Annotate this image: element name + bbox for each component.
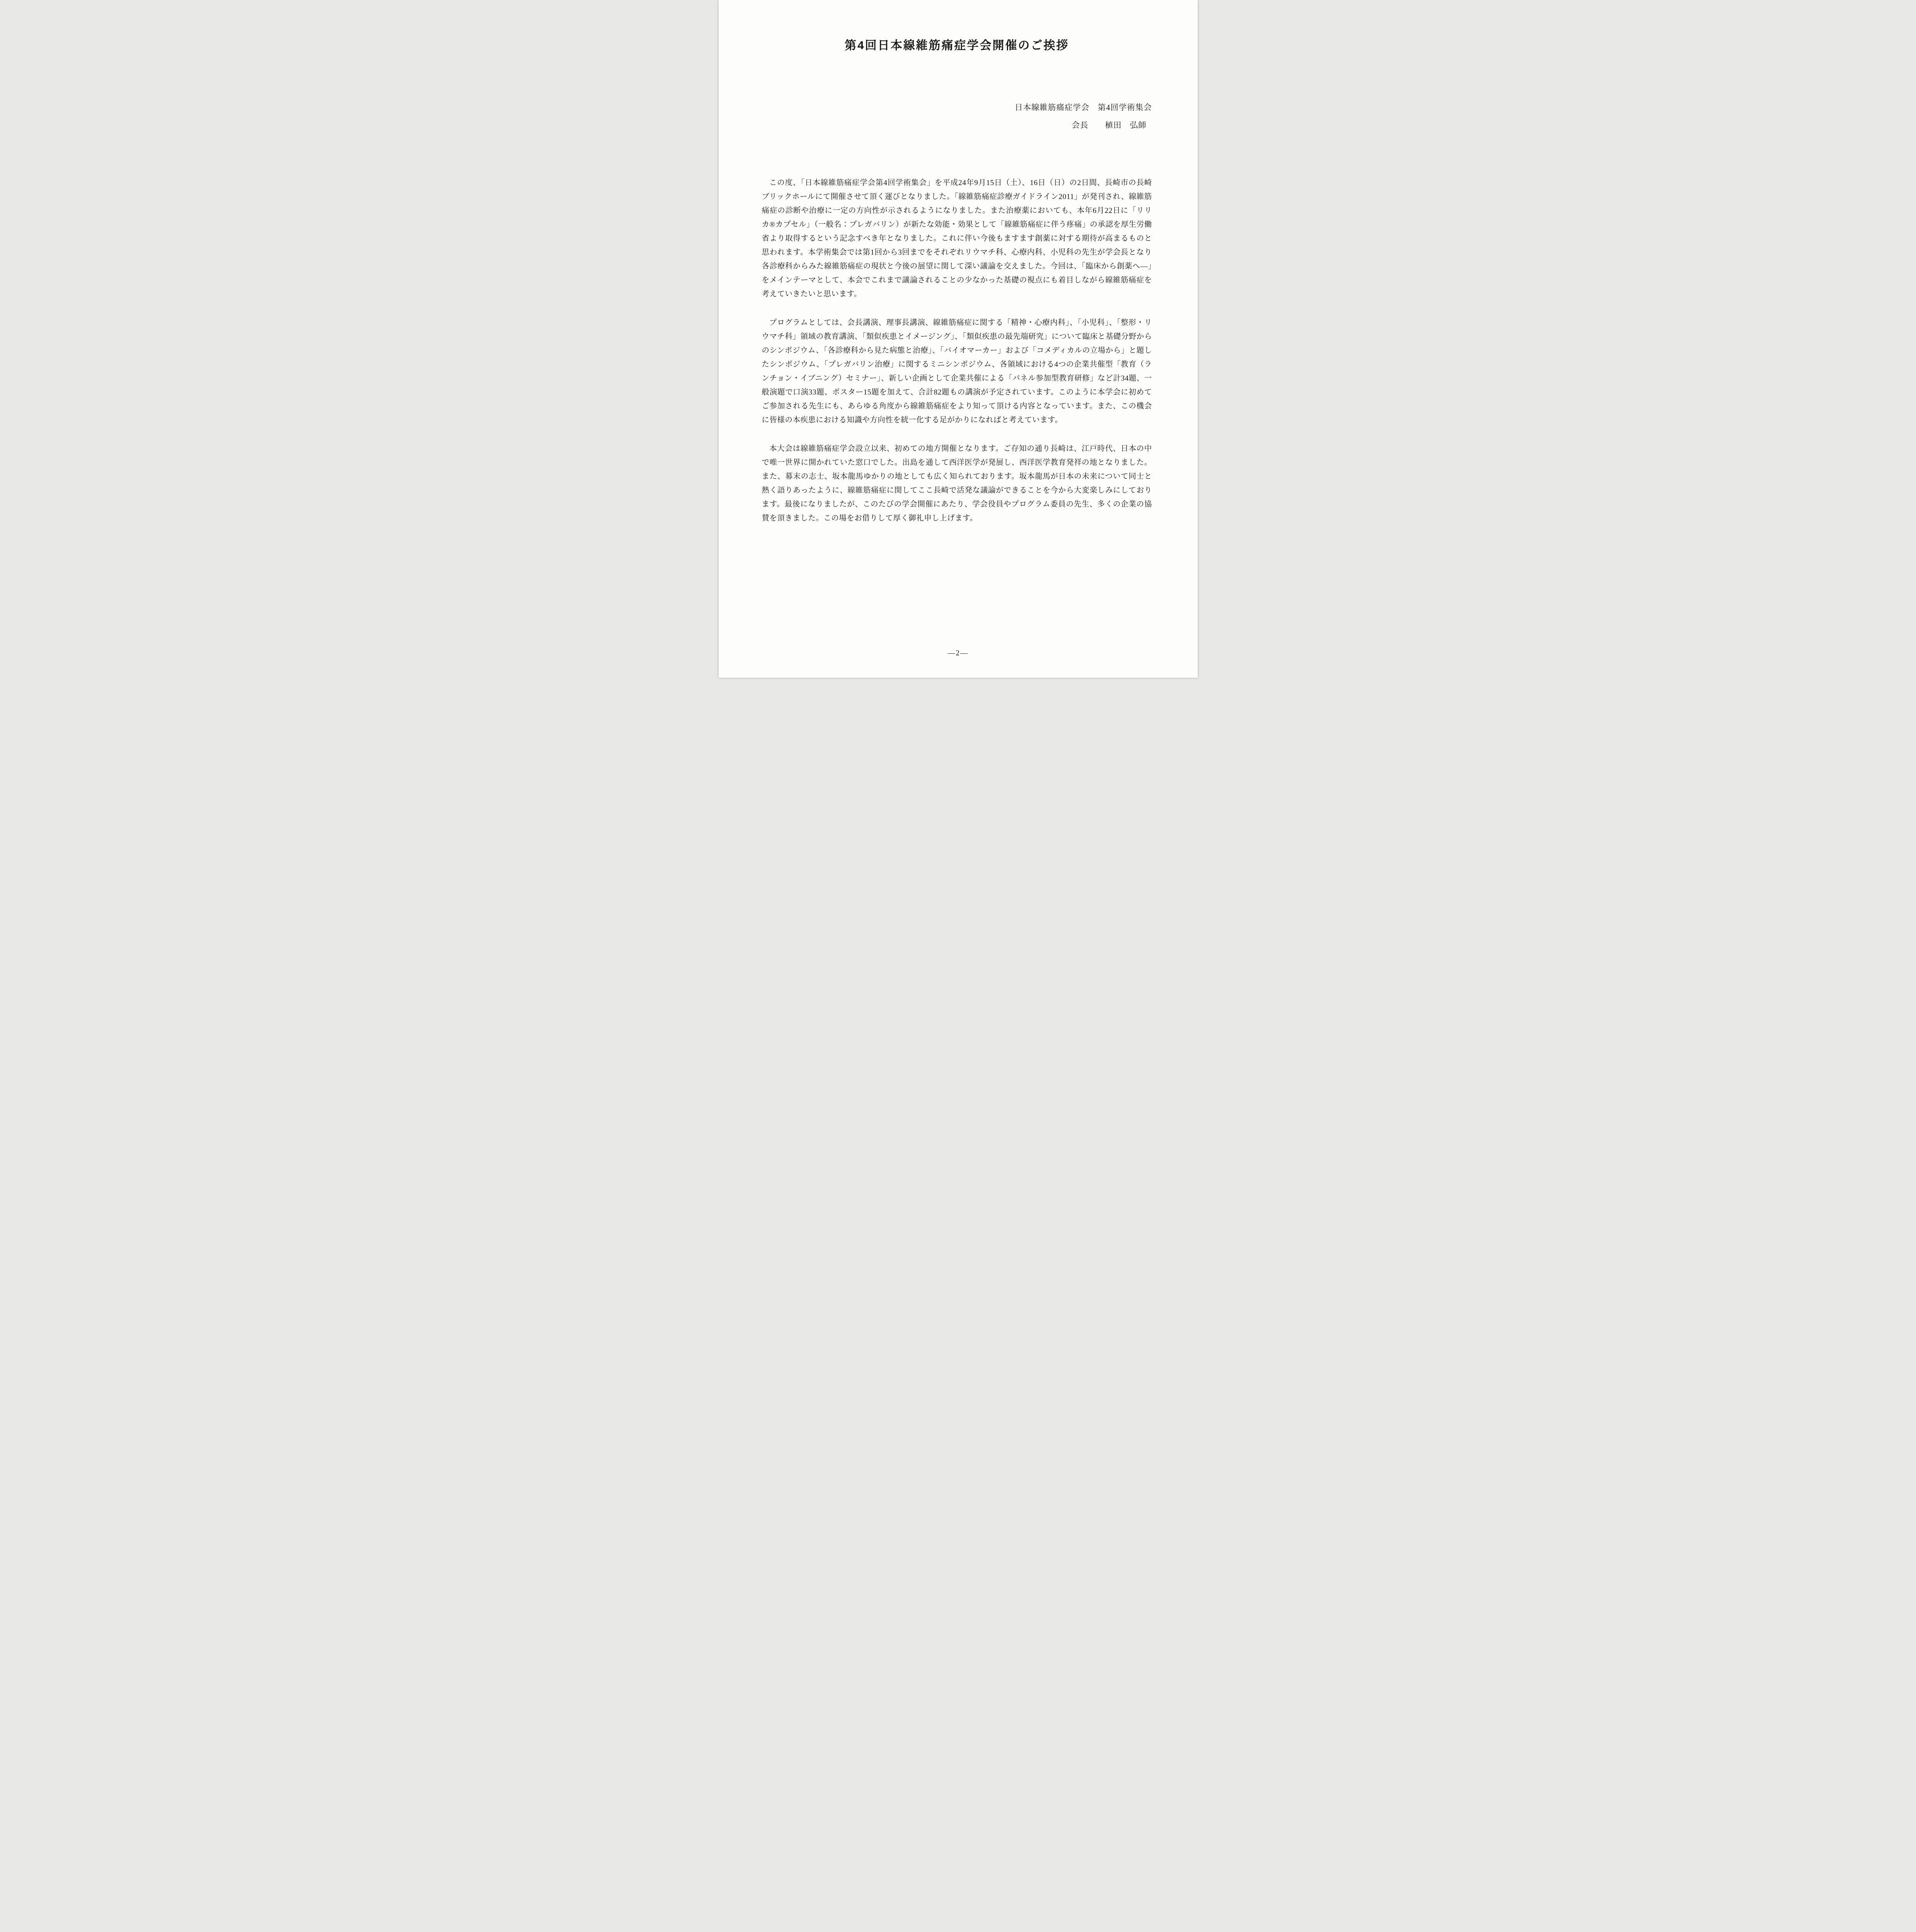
- document-page: 第4回日本線維筋痛症学会開催のご挨拶 日本線維筋痛症学会 第4回学術集会 会長 …: [719, 0, 1198, 678]
- president-name-line: 会長 植田 弘師: [762, 117, 1152, 134]
- page-number: ―2―: [719, 649, 1198, 658]
- paragraph-closing: 本大会は線維筋痛症学会設立以来、初めての地方開催となります。ご存知の通り長崎は、…: [762, 442, 1152, 526]
- organization-line: 日本線維筋痛症学会 第4回学術集会: [762, 99, 1152, 117]
- page-title: 第4回日本線維筋痛症学会開催のご挨拶: [762, 36, 1152, 53]
- paragraph-greeting: この度、「日本線維筋痛症学会第4回学術集会」を平成24年9月15日（土）、16日…: [762, 176, 1152, 301]
- letter-body: この度、「日本線維筋痛症学会第4回学術集会」を平成24年9月15日（土）、16日…: [762, 176, 1152, 526]
- paragraph-program: プログラムとしては、会長講演、理事長講演、線維筋痛症に関する「精神・心療内科」、…: [762, 316, 1152, 427]
- author-block: 日本線維筋痛症学会 第4回学術集会 会長 植田 弘師: [762, 99, 1152, 134]
